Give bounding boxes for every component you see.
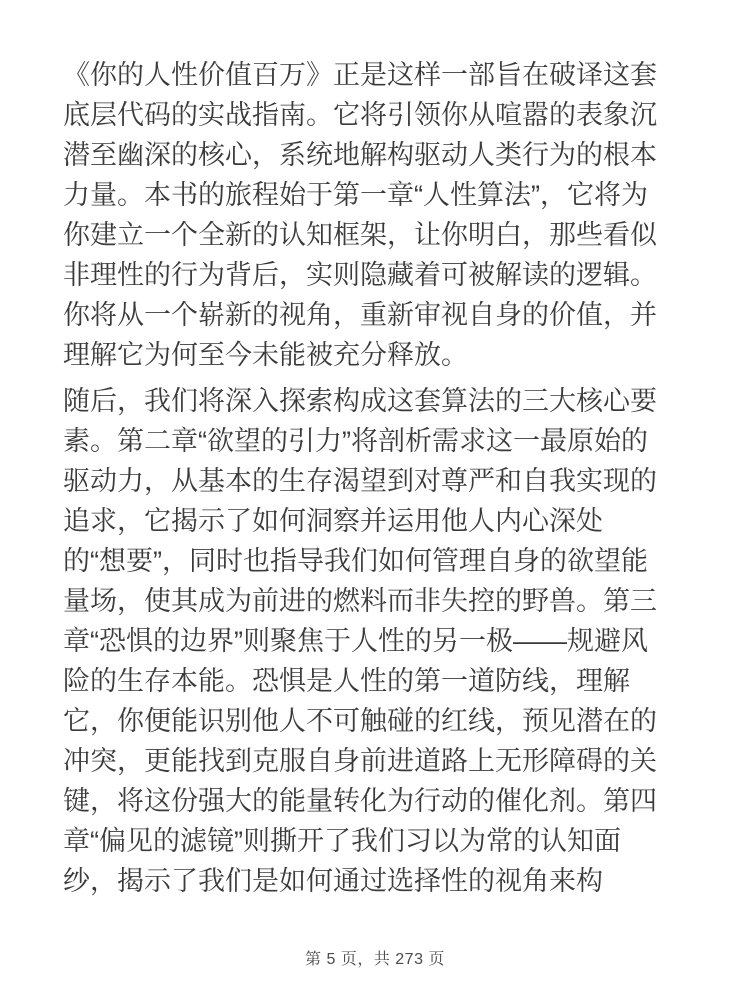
- page-footer: 第 5 页，共 273 页: [0, 950, 750, 970]
- paragraph-intro-chapter1: 《你的人性价值百万》正是这样一部旨在破译这套底层代码的实战指南。它将引领你从喧嚣…: [63, 55, 664, 375]
- document-page: 《你的人性价值百万》正是这样一部旨在破译这套底层代码的实战指南。它将引领你从喧嚣…: [0, 0, 750, 1000]
- paragraph-chapters-overview: 随后，我们将深入探索构成这套算法的三大核心要素。第二章“欲望的引力”将剖析需求这…: [63, 381, 664, 901]
- page-number-label: 第 5 页，共 273 页: [305, 951, 445, 968]
- page-body: 《你的人性价值百万》正是这样一部旨在破译这套底层代码的实战指南。它将引领你从喧嚣…: [63, 55, 664, 907]
